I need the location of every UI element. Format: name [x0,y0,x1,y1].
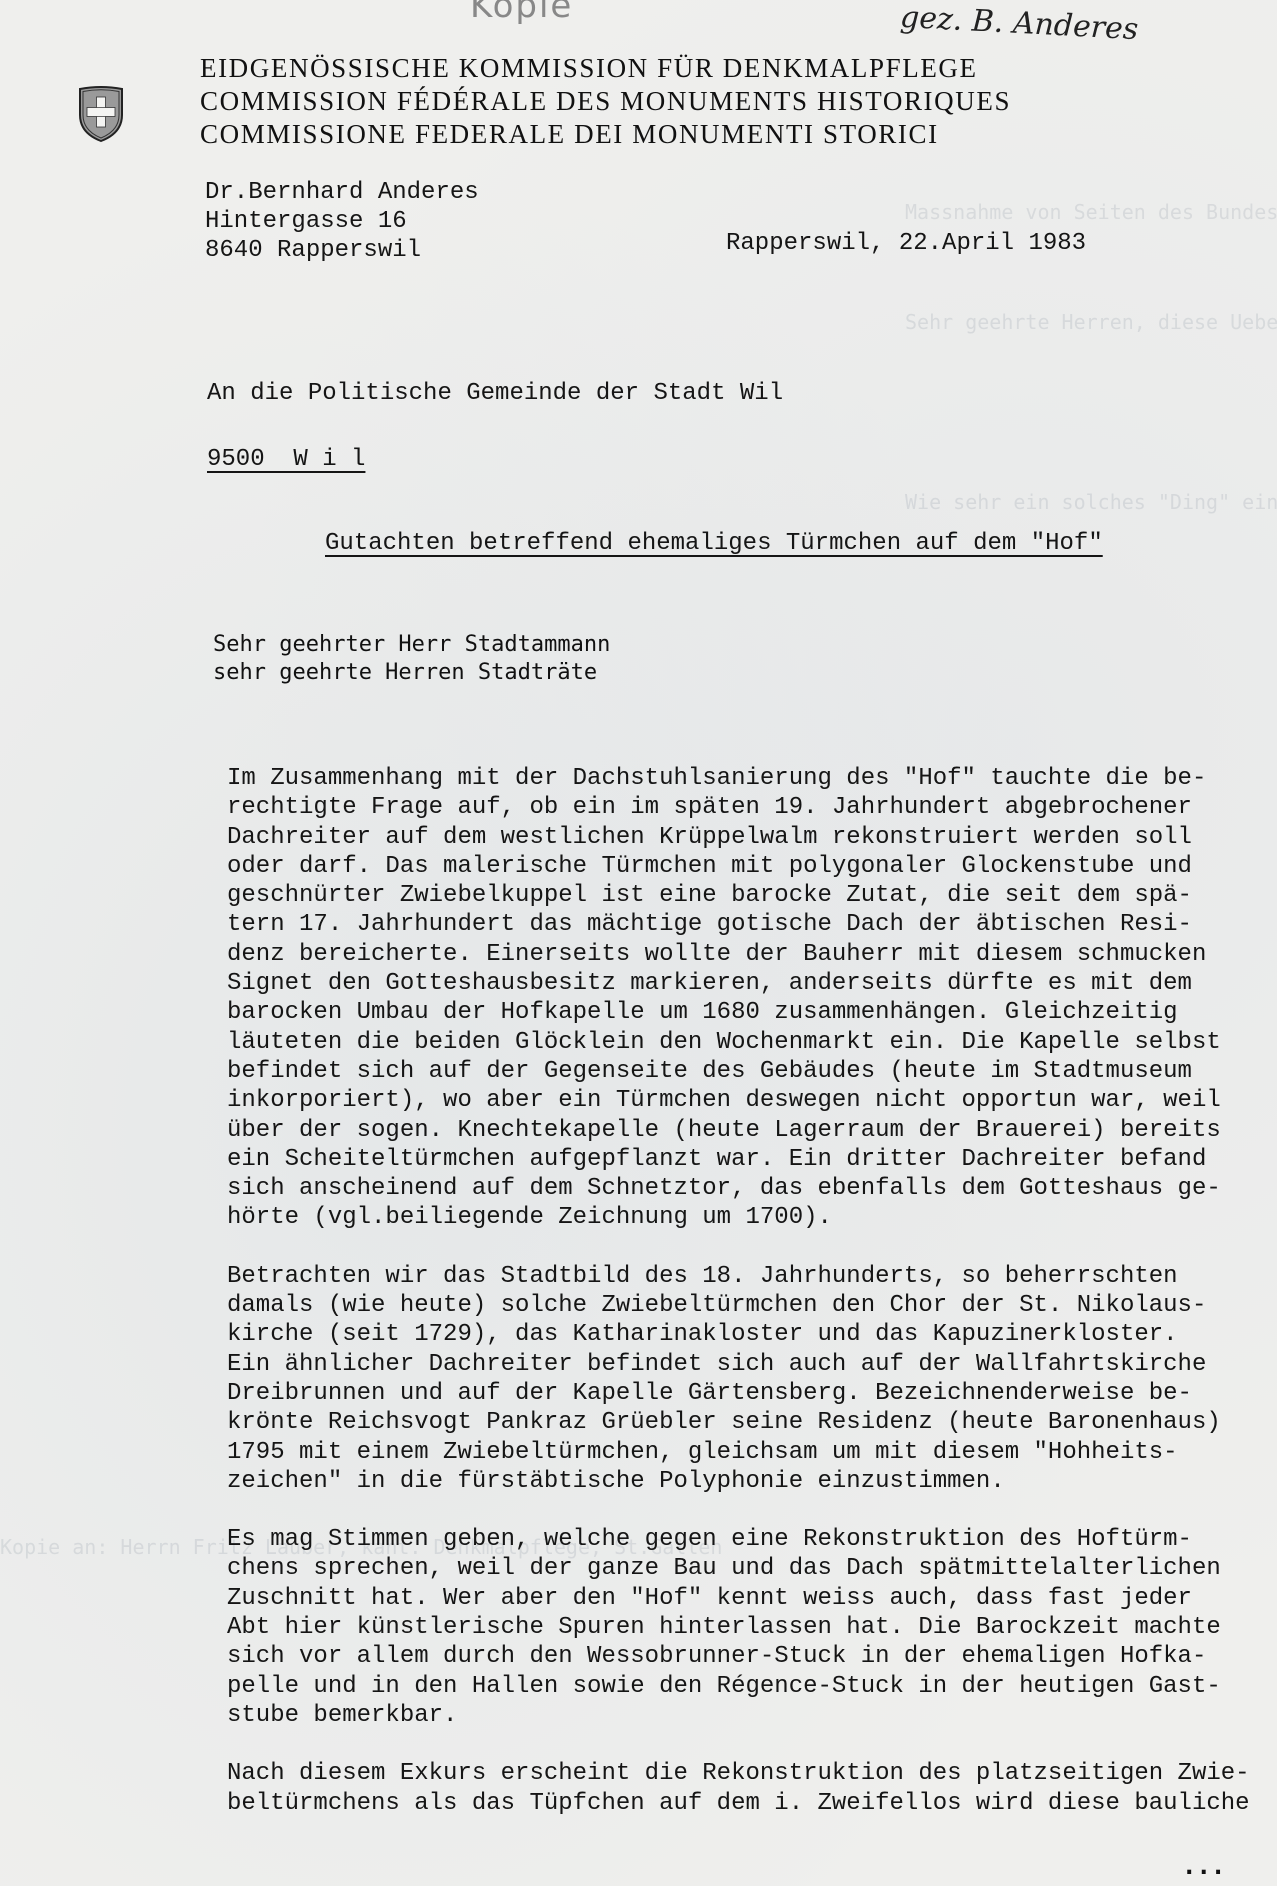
letter-date: Rapperswil, 22.April 1983 [726,230,1086,257]
body-paragraph: Es mag Stimmen geben, welche gegen eine … [227,1525,1247,1730]
letter-body: Im Zusammenhang mit der Dachstuhlsanieru… [227,764,1247,1847]
letterhead-line-de: EIDGENÖSSISCHE KOMMISSION FÜR DENKMALPFL… [200,52,1011,85]
body-paragraph: Im Zusammenhang mit der Dachstuhlsanieru… [227,764,1247,1233]
bleed-through-text: Massnahme von Seiten des Bundes sub [905,200,1277,224]
swiss-cross-shield-icon [78,85,124,143]
letterhead-line-fr: COMMISSION FÉDÉRALE DES MONUMENTS HISTOR… [200,85,1011,118]
copy-stamp: Kopie [470,0,573,26]
continuation-mark: ... [1182,1852,1225,1880]
letterhead: EIDGENÖSSISCHE KOMMISSION FÜR DENKMALPFL… [200,52,1011,151]
recipient-line: An die Politische Gemeinde der Stadt Wil [207,380,783,407]
letterhead-line-it: COMMISSIONE FEDERALE DEI MONUMENTI STORI… [200,118,1011,151]
body-paragraph: Betrachten wir das Stadtbild des 18. Jah… [227,1262,1247,1496]
body-paragraph: Nach diesem Exkurs erscheint die Rekonst… [227,1759,1247,1818]
sender-address: Dr.Bernhard Anderes Hintergasse 16 8640 … [205,178,479,265]
sender-city: 8640 Rapperswil [205,236,479,265]
salutation: Sehr geehrter Herr Stadtammann sehr geeh… [213,631,610,687]
letter-page: Massnahme von Seiten des Bundes sub Sehr… [0,0,1277,1886]
bleed-through-text: Sehr geehrte Herren, diese Ueberlegungen [905,310,1277,334]
bleed-through-text: Wie sehr ein solches "Ding" ein Haus [905,490,1277,514]
sender-street: Hintergasse 16 [205,207,479,236]
salutation-line-2: sehr geehrte Herren Stadträte [213,659,610,687]
handwritten-signature-note: gez. B. Anderes [899,0,1139,47]
subject-line: Gutachten betreffend ehemaliges Türmchen… [325,530,1103,557]
salutation-line-1: Sehr geehrter Herr Stadtammann [213,631,610,659]
recipient-city: 9500 W i l [207,446,365,473]
sender-name: Dr.Bernhard Anderes [205,178,479,207]
